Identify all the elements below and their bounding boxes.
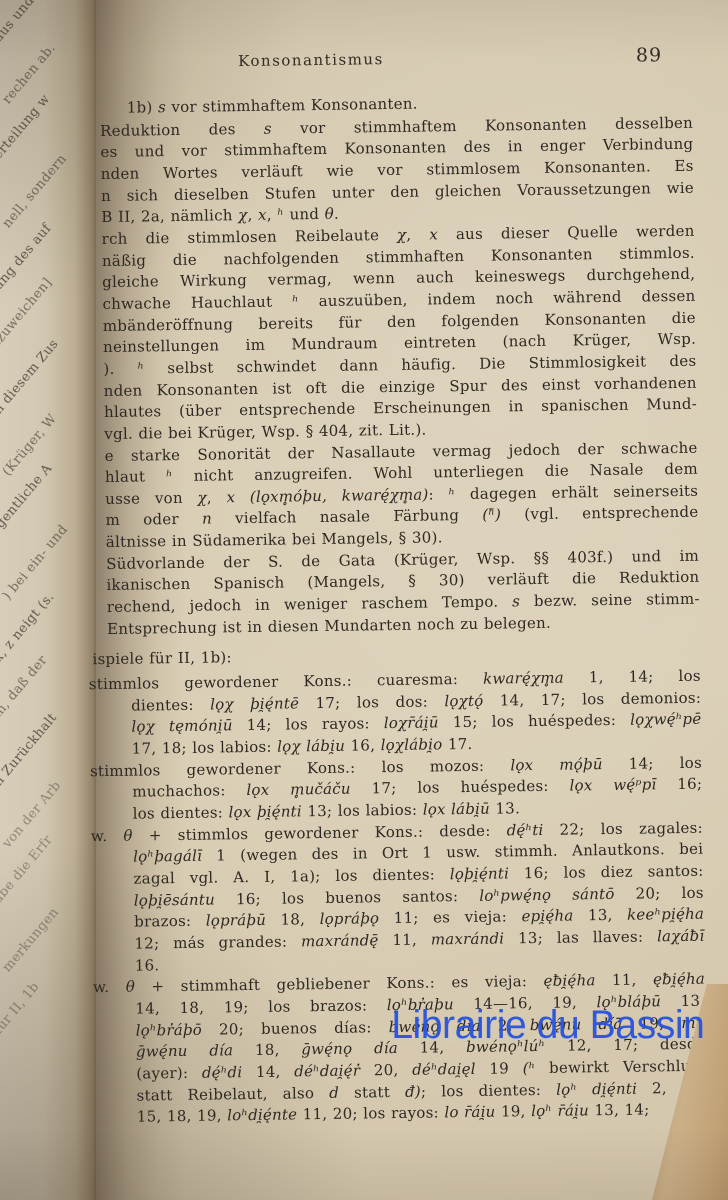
page-text: 1b) s vor stimmhaftem Konsonanten.Redukt… <box>81 90 707 1129</box>
running-header-title: Konsonantismus <box>238 50 384 70</box>
book-photo: aus undrechen ab.Verteilung wnell, sonde… <box>0 0 728 1200</box>
running-header: Konsonantismus 89 <box>80 46 692 79</box>
page-number: 89 <box>636 44 662 66</box>
watermark: Librairie du Bassin <box>391 1003 704 1048</box>
book-page: Konsonantismus 89 1b) s vor stimmhaftem … <box>80 46 707 1129</box>
